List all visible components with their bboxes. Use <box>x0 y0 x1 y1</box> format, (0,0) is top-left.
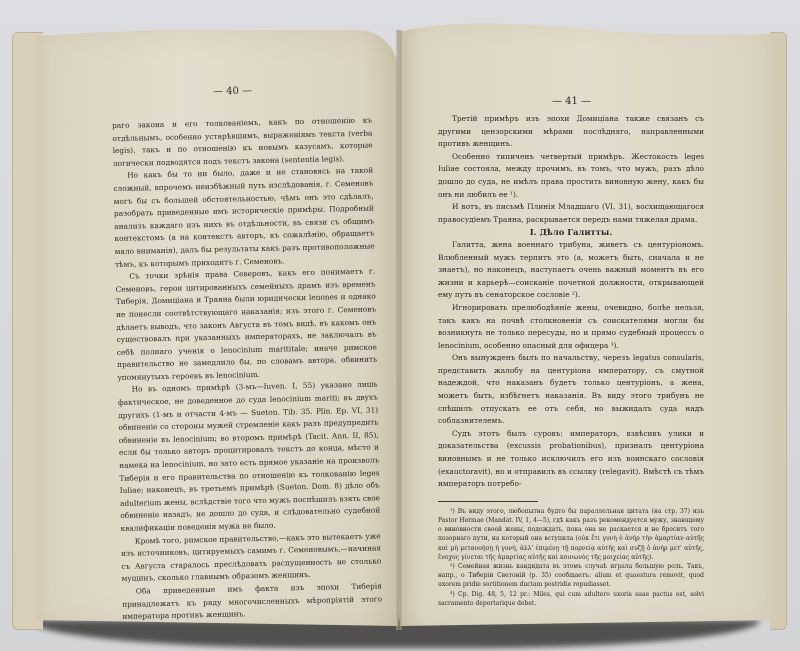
footnote: ²) Семейная жизнь кандидата въ этомъ слу… <box>438 562 704 590</box>
footnotes: ¹) Въ виду этого, любопытна будто бы пар… <box>438 507 704 608</box>
left-page-number: — 40 — <box>213 85 252 97</box>
right-page-number: — 41 — <box>552 96 591 107</box>
footnote: ³) Cp. Dig. 48, 5, 12 pr.: Miles, qui cu… <box>438 590 704 608</box>
paragraph: Судъ этотъ былъ суровъ: императоръ, взвѣ… <box>438 428 704 491</box>
left-page-text: раго закона и его толкованіемъ, какъ по … <box>112 115 382 624</box>
paragraph: Оба приведенные имъ факта изъ эпохи Тибе… <box>122 580 383 623</box>
paragraph: Игнорировать прелюбодѣяніе жены, очевидн… <box>438 302 704 352</box>
book-gutter <box>396 30 402 630</box>
paragraph: Но въ одномъ примѣрѣ (3-мъ—Iuven. I, 55)… <box>118 379 381 536</box>
paragraph: И вотъ, въ письмѣ Плинія Младшаго (VI, 3… <box>438 201 704 226</box>
right-page-stack <box>770 32 787 630</box>
footnote-divider <box>438 501 538 502</box>
section-title: I. Дѣло Галитты. <box>438 226 704 239</box>
footnote: ¹) Въ виду этого, любопытна будто бы пар… <box>438 507 704 562</box>
paragraph: раго закона и его толкованіемъ, какъ по … <box>112 115 373 171</box>
paragraph: Особенно типиченъ четвертый примѣръ. Жес… <box>438 151 704 201</box>
paragraph: Но какъ бы то ни было, даже и не становя… <box>113 165 375 271</box>
paragraph: Съ точки зрѣнія права Северовъ, какъ его… <box>115 266 377 385</box>
paragraph: Онъ вынужденъ былъ по начальству, черезъ… <box>438 352 704 428</box>
paragraph: Галитта, жена военнаго трибуна, живетъ с… <box>438 239 704 302</box>
paragraph: Кромѣ того, римское правительство,—какъ … <box>121 530 382 586</box>
right-page-text: Третій примѣръ изъ эпохи Домиціана также… <box>438 113 704 608</box>
paragraph: Третій примѣръ изъ эпохи Домиціана также… <box>438 113 704 151</box>
